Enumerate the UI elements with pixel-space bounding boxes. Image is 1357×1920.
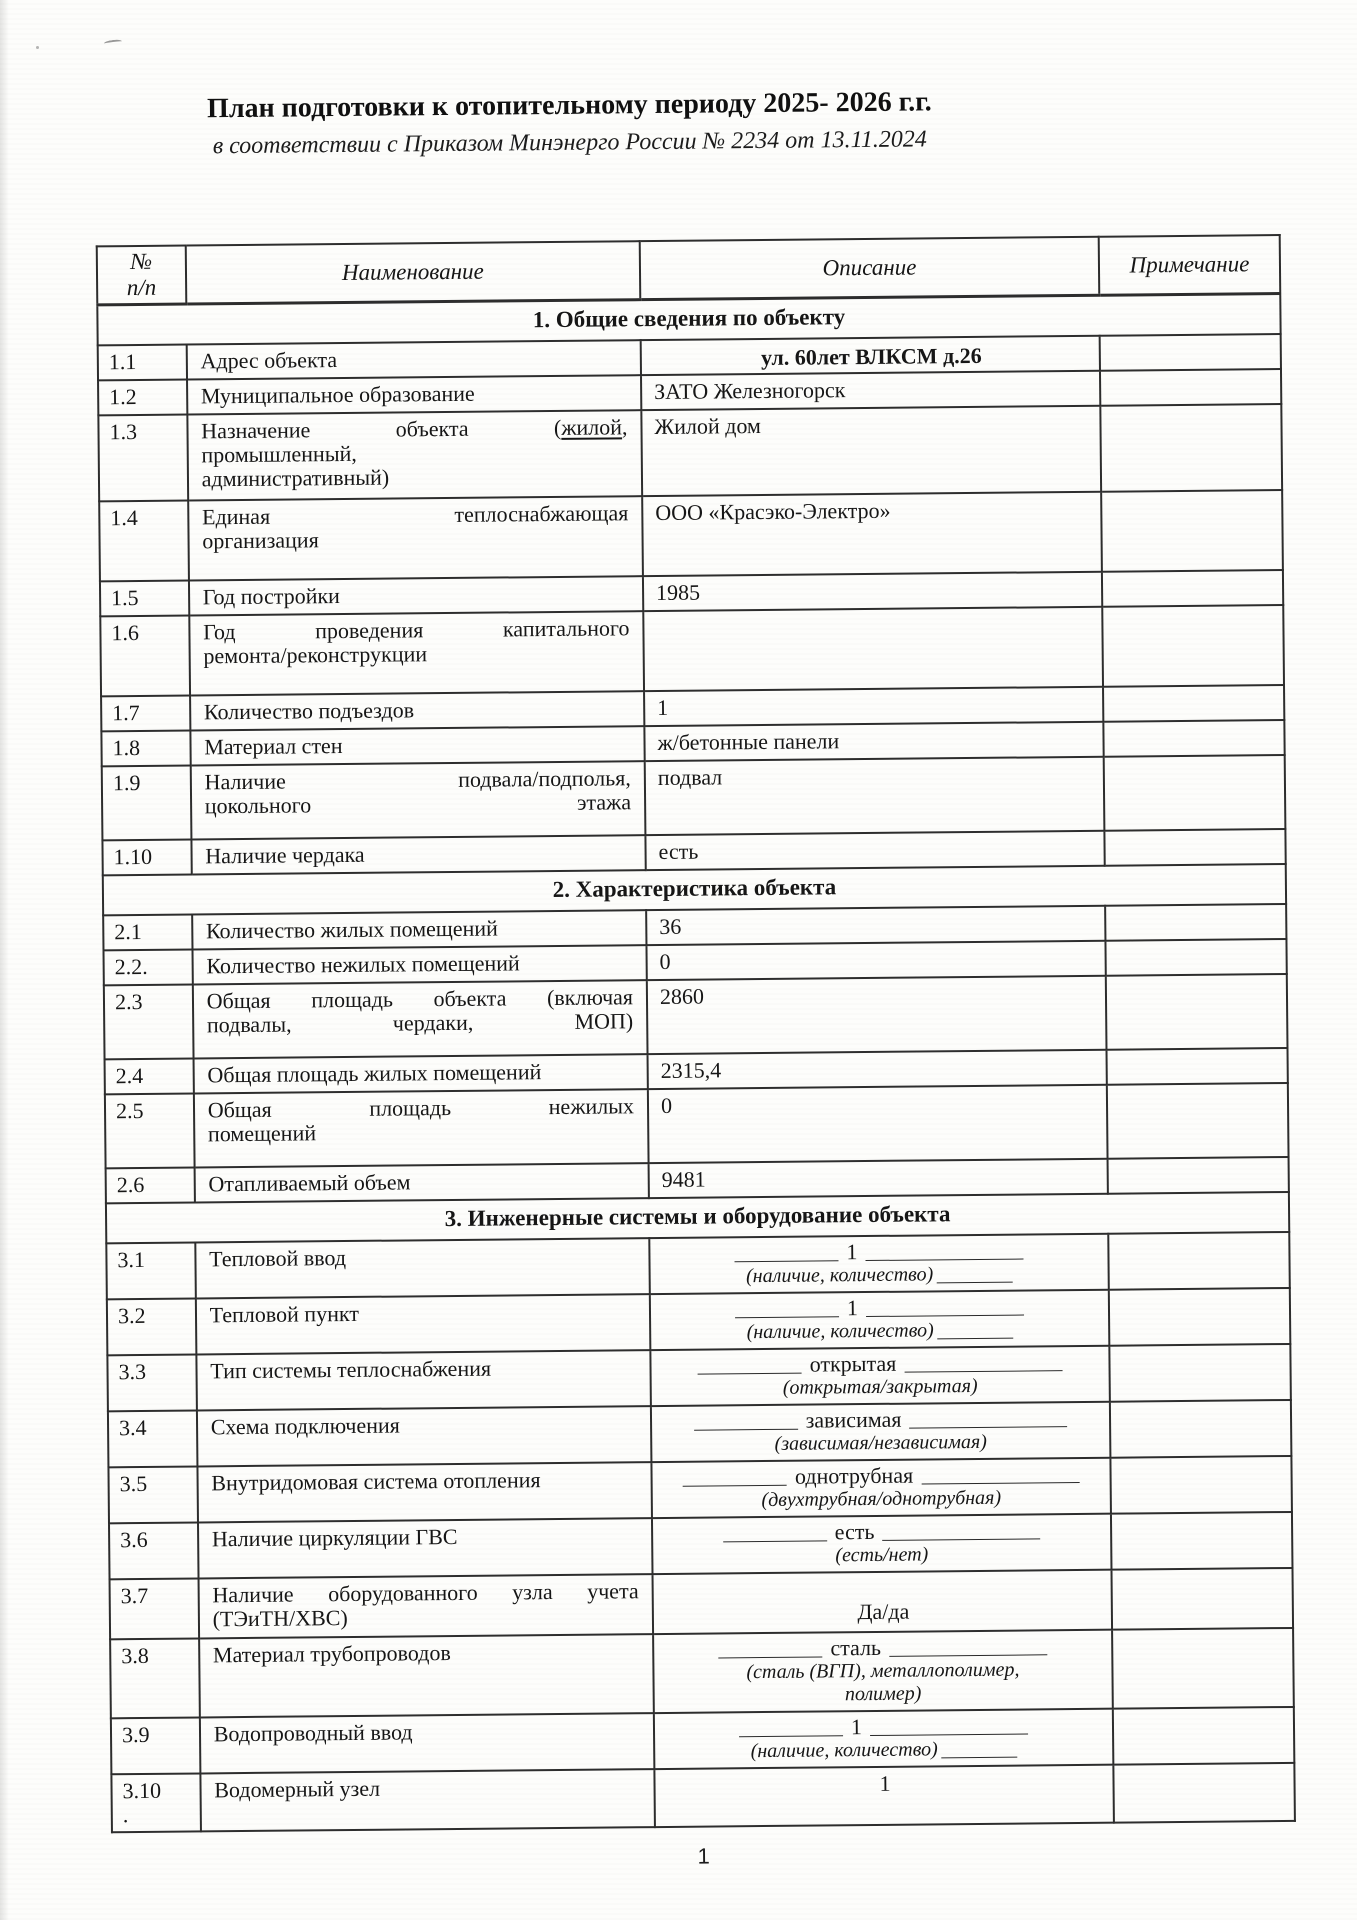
row-name: Общая площадь нежилых помещений (194, 1089, 649, 1167)
row-value (643, 606, 1103, 690)
row-value: 1(наличие, количество) (654, 1708, 1114, 1768)
row-note (1100, 404, 1282, 492)
row-name: Количество нежилых помещений (192, 945, 647, 984)
row-name: Общая площадь жилых помещений (193, 1054, 648, 1093)
row-note (1111, 1567, 1293, 1629)
row-value: 0 (646, 940, 1105, 979)
row-value: ЗАТО Железногорск (641, 370, 1100, 409)
row-number: 2.6 (106, 1167, 195, 1203)
document-subtitle: в соответствии с Приказом Минэнерго Росс… (95, 123, 1045, 162)
table-row: 1.4Единая теплоснабжающая организацияООО… (99, 490, 1283, 581)
row-note (1110, 1399, 1292, 1457)
row-value: открытая(открытая/закрытая) (650, 1345, 1110, 1405)
row-number: 1.10 (102, 839, 191, 875)
row-number: 2.5 (105, 1093, 194, 1168)
table-row: 2.3Общая площадь объекта (включая подвал… (104, 973, 1288, 1058)
row-number: 2.4 (105, 1058, 194, 1094)
table-row: 3.8Материал трубопроводовсталь(сталь (ВГ… (110, 1627, 1294, 1717)
table-body: 1. Общие сведения по объекту1.1Адрес объ… (97, 293, 1295, 1832)
row-name: Водопроводный ввод (200, 1713, 655, 1773)
row-name: Год постройки (189, 576, 644, 615)
row-name: Общая площадь объекта (включая подвалы, … (193, 980, 648, 1058)
page-number: 1 (111, 1837, 1296, 1874)
value-hint: (зависимая/независимая) (658, 1429, 1103, 1456)
row-value: 1(наличие, количество) (649, 1233, 1109, 1293)
page-content: План подготовки к отопительному периоду … (0, 0, 1357, 1920)
table-row: 2.5Общая площадь нежилых помещений0 (105, 1082, 1289, 1167)
row-note (1102, 604, 1284, 686)
row-name: Назначение объекта (жилой, промышленный,… (187, 410, 642, 500)
table-row: 1.6Год проведения капитального ремонта/р… (100, 604, 1284, 695)
row-value: 2315,4 (647, 1049, 1106, 1088)
value-hint: (наличие, количество) (661, 1736, 1106, 1763)
row-value: Да/да (652, 1569, 1112, 1633)
row-note (1105, 903, 1286, 940)
col-header-name: Наименование (185, 241, 640, 303)
row-number: 2.3 (104, 984, 193, 1059)
col-header-num: № п/п (97, 246, 186, 305)
value-hint: (наличие, количество) (657, 1317, 1102, 1344)
row-value: 2860 (647, 975, 1107, 1053)
table-row: 1.3Назначение объекта (жилой, промышленн… (98, 404, 1282, 501)
row-value: зависимая(зависимая/независимая) (651, 1401, 1111, 1461)
document-header: План подготовки к отопительному периоду … (94, 84, 1045, 162)
row-number: 1.3 (98, 414, 188, 501)
heating-plan-table: № п/п Наименование Описание Примечание 1… (96, 234, 1296, 1833)
col-header-description: Описание (640, 237, 1100, 299)
table-row: 3.10 .Водомерный узел1 (111, 1762, 1295, 1831)
table-row: 3.7Наличие оборудованного узла учета (ТЭ… (110, 1567, 1294, 1638)
row-name: Тепловой ввод (195, 1238, 650, 1298)
row-number: 2.2. (103, 949, 192, 985)
row-note (1106, 973, 1288, 1049)
row-number: 1.2 (98, 379, 187, 415)
row-note (1104, 754, 1286, 830)
row-name: Единая теплоснабжающая организация (188, 496, 643, 580)
row-number: 1.5 (100, 580, 189, 616)
row-value: 1(наличие, количество) (650, 1289, 1110, 1349)
row-name: Материал трубопроводов (199, 1634, 654, 1717)
row-value: ООО «Красэко-Электро» (642, 491, 1102, 575)
row-value: ул. 60лет ВЛКСМ д.26 (641, 335, 1100, 374)
row-name: Внутридомовая система отопления (197, 1462, 652, 1522)
row-note (1100, 369, 1281, 406)
row-name: Тип системы теплоснабжения (196, 1350, 651, 1410)
value-hint: (наличие, количество) (657, 1261, 1102, 1288)
row-name: Количество подъездов (190, 691, 645, 730)
row-note (1107, 1082, 1289, 1158)
row-number: 3.3 (107, 1354, 196, 1411)
row-name: Адрес объекта (186, 340, 641, 379)
row-name: Наличие чердака (191, 835, 646, 874)
row-note (1100, 334, 1281, 371)
row-name: Материал стен (190, 726, 645, 765)
row-note (1112, 1627, 1294, 1708)
row-value: 1985 (643, 571, 1102, 610)
row-note (1105, 938, 1286, 975)
row-value: есть (645, 830, 1104, 869)
row-number: 3.7 (110, 1578, 199, 1639)
row-note (1113, 1706, 1295, 1764)
row-name: Наличие подвала/подполья, цокольного эта… (190, 761, 645, 839)
row-note (1104, 828, 1285, 865)
row-name: Количество жилых помещений (192, 910, 647, 949)
row-number: 3.10 . (111, 1773, 200, 1832)
row-name: Отапливаемый объем (194, 1163, 649, 1202)
row-name: Водомерный узел (200, 1769, 655, 1831)
row-value: 1 (654, 1764, 1114, 1826)
row-value: сталь(сталь (ВГП), металлополимер, полим… (653, 1629, 1113, 1712)
row-note (1110, 1455, 1292, 1513)
row-name: Тепловой пункт (196, 1294, 651, 1354)
row-value: 36 (646, 905, 1105, 944)
row-value: Жилой дом (641, 405, 1101, 495)
row-number: 3.9 (111, 1717, 200, 1774)
value-hint: (сталь (ВГП), металлополимер, полимер) (660, 1657, 1105, 1707)
row-note (1113, 1762, 1295, 1822)
row-name: Муниципальное образование (187, 375, 642, 414)
row-name: Наличие оборудованного узла учета (ТЭиТН… (198, 1574, 653, 1638)
row-note (1103, 719, 1284, 756)
table-row: 1.9Наличие подвала/подполья, цокольного … (102, 754, 1286, 839)
row-note (1109, 1287, 1291, 1345)
row-value: 0 (648, 1084, 1108, 1162)
document-title: План подготовки к отопительному периоду … (94, 84, 1044, 127)
row-value: 9481 (649, 1158, 1108, 1197)
row-name: Год проведения капитального ремонта/реко… (189, 611, 644, 695)
row-value: однотрубная(двухтрубная/однотрубная) (651, 1457, 1111, 1517)
row-name: Наличие циркуляции ГВС (198, 1518, 653, 1578)
row-number: 1.7 (101, 695, 190, 731)
row-note (1103, 684, 1284, 721)
row-value: 1 (644, 686, 1103, 725)
row-note (1101, 490, 1283, 572)
row-number: 2.1 (103, 914, 192, 950)
row-number: 1.8 (101, 730, 190, 766)
scanned-document-page: План подготовки к отопительному периоду … (0, 0, 1357, 1920)
row-value: подвал (645, 756, 1105, 834)
row-note (1102, 570, 1283, 607)
col-header-note: Примечание (1099, 235, 1281, 295)
row-number: 3.6 (109, 1522, 198, 1579)
row-value: ж/бетонные панели (644, 721, 1103, 760)
row-value: есть(есть/нет) (652, 1513, 1112, 1573)
value-hint: (открытая/закрытая) (658, 1373, 1103, 1400)
row-note (1108, 1231, 1290, 1289)
row-number: 1.1 (98, 344, 187, 380)
row-note (1108, 1156, 1289, 1193)
row-note (1106, 1047, 1287, 1084)
row-number: 1.9 (102, 765, 191, 840)
row-number: 1.6 (100, 615, 189, 696)
row-number: 3.8 (110, 1638, 199, 1718)
value-hint: (есть/нет) (659, 1541, 1104, 1568)
value-hint: (двухтрубная/однотрубная) (659, 1485, 1104, 1512)
row-name: Схема подключения (197, 1406, 652, 1466)
row-number: 1.4 (99, 500, 188, 581)
row-number: 3.1 (106, 1242, 195, 1299)
row-number: 3.2 (107, 1298, 196, 1355)
row-note (1111, 1511, 1293, 1569)
row-number: 3.5 (108, 1466, 197, 1523)
row-note (1109, 1343, 1291, 1401)
row-number: 3.4 (108, 1410, 197, 1467)
